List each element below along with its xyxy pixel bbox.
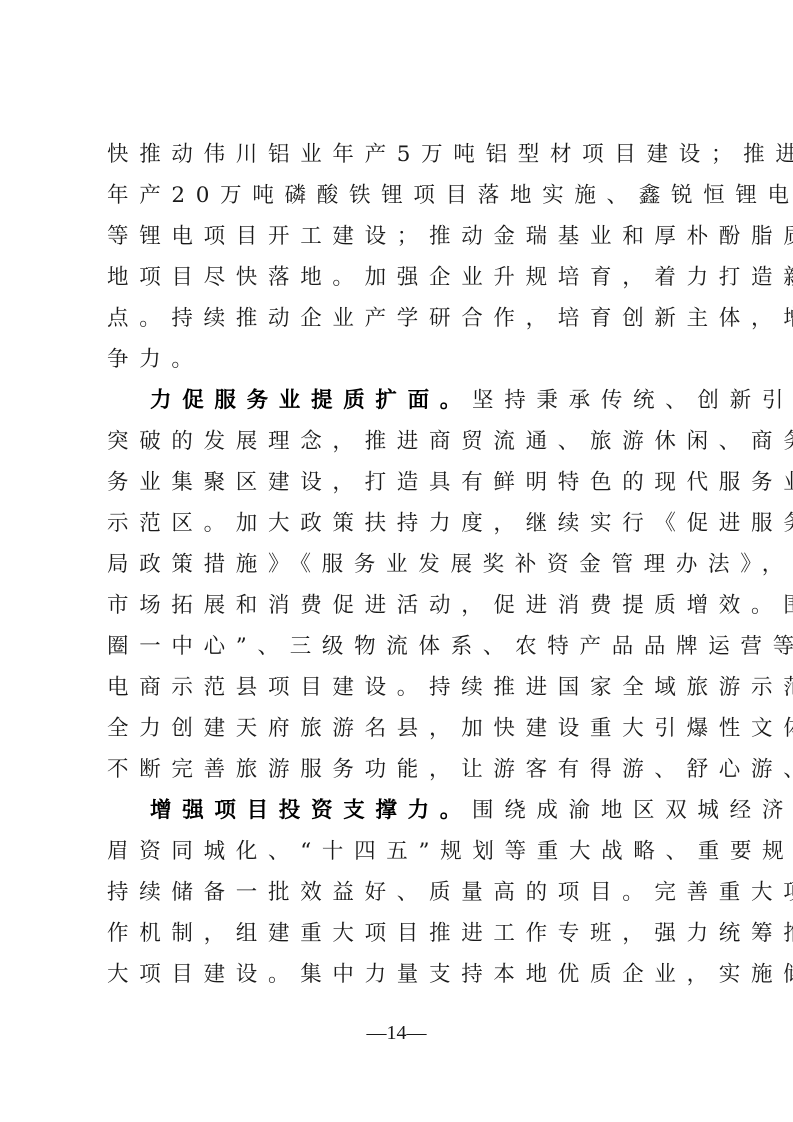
text-line: 眉资同城化、“十四五”规划等重大战略、重要规划、重点投向， bbox=[107, 831, 689, 872]
line-text: 点。持续推动企业产学研合作，培育创新主体，增强企业竞 bbox=[107, 306, 793, 331]
text-line: 务业集聚区建设，打造具有鲜明特色的现代服务业集聚发展 bbox=[107, 462, 689, 503]
line-text: 全力创建天府旅游名县，加快建设重大引爆性文体旅项目， bbox=[107, 716, 793, 741]
line-text: 市场拓展和消费促进活动，促进消费提质增效。围绕“一仓一 bbox=[107, 593, 793, 618]
text-line: 突破的发展理念，推进商贸流通、旅游休闲、商务服务等服 bbox=[107, 421, 689, 462]
text-line: 地项目尽快落地。加强企业升规培育，着力打造新经济增长 bbox=[107, 257, 689, 298]
text-line: 全力创建天府旅游名县，加快建设重大引爆性文体旅项目， bbox=[107, 708, 689, 749]
line-text: 不断完善旅游服务功能，让游客有得游、舒心游、方便游。 bbox=[107, 757, 793, 782]
line-text: 等锂电项目开工建设；推动金瑞基业和厚朴酚脂质体生产基 bbox=[107, 224, 793, 249]
text-line: 不断完善旅游服务功能，让游客有得游、舒心游、方便游。 bbox=[107, 749, 689, 790]
line-text: 作机制，组建重大项目推进工作专班，强力统筹推进全市重 bbox=[107, 921, 793, 946]
line-text: 圈一中心”、三级物流体系、农特产品品牌运营等，全面推进 bbox=[107, 634, 793, 659]
text-line: 作机制，组建重大项目推进工作专班，强力统筹推进全市重 bbox=[107, 913, 689, 954]
text-line: 点。持续推动企业产学研合作，培育创新主体，增强企业竞 bbox=[107, 298, 689, 339]
text-line: 市场拓展和消费促进活动，促进消费提质增效。围绕“一仓一 bbox=[107, 585, 689, 626]
section-heading-services: 力促服务业提质扩面。 bbox=[150, 388, 472, 413]
text-line: 争力。 bbox=[107, 339, 689, 380]
line-text: 年产20万吨磷酸铁锂项目落地实施、鑫锐恒锂电池正极材料 bbox=[107, 183, 793, 208]
line-text: 持续储备一批效益好、质量高的项目。完善重大项目推进工 bbox=[107, 880, 793, 905]
section-heading-investment: 增强项目投资支撑力。 bbox=[150, 798, 472, 823]
text-line: 大项目建设。集中力量支持本地优质企业，实施储备一批技 bbox=[107, 954, 689, 995]
body-text: 快推动伟川铝业年产5万吨铝型材项目建设；推进川发龙蟒 年产20万吨磷酸铁锂项目落… bbox=[107, 134, 689, 995]
section-heading-line: 增强项目投资支撑力。围绕成渝地区双城经济圈、成德 bbox=[107, 790, 689, 831]
text-line: 持续储备一批效益好、质量高的项目。完善重大项目推进工 bbox=[107, 872, 689, 913]
line-text: 务业集聚区建设，打造具有鲜明特色的现代服务业集聚发展 bbox=[107, 470, 793, 495]
text-line: 快推动伟川铝业年产5万吨铝型材项目建设；推进川发龙蟒 bbox=[107, 134, 689, 175]
line-text: 眉资同城化、“十四五”规划等重大战略、重要规划、重点投向， bbox=[107, 839, 793, 864]
line-text: 地项目尽快落地。加强企业升规培育，着力打造新经济增长 bbox=[107, 265, 793, 290]
page-number: —14— bbox=[0, 1022, 793, 1045]
line-text: 争力。 bbox=[107, 347, 204, 372]
line-text: 围绕成渝地区双城经济圈、成德 bbox=[472, 798, 793, 823]
line-text: 示范区。加大政策扶持力度，继续实行《促进服务业良好开 bbox=[107, 511, 793, 536]
document-page: 快推动伟川铝业年产5万吨铝型材项目建设；推进川发龙蟒 年产20万吨磷酸铁锂项目落… bbox=[0, 0, 793, 1122]
line-text: 电商示范县项目建设。持续推进国家全域旅游示范区建设， bbox=[107, 675, 793, 700]
line-text: 快推动伟川铝业年产5万吨铝型材项目建设；推进川发龙蟒 bbox=[107, 142, 793, 167]
text-line: 示范区。加大政策扶持力度，继续实行《促进服务业良好开 bbox=[107, 503, 689, 544]
line-text: 大项目建设。集中力量支持本地优质企业，实施储备一批技 bbox=[107, 962, 793, 987]
line-text: 坚持秉承传统、创新引领、文旅 bbox=[472, 388, 793, 413]
line-text: 突破的发展理念，推进商贸流通、旅游休闲、商务服务等服 bbox=[107, 429, 793, 454]
text-line: 圈一中心”、三级物流体系、农特产品品牌运营等，全面推进 bbox=[107, 626, 689, 667]
text-line: 电商示范县项目建设。持续推进国家全域旅游示范区建设， bbox=[107, 667, 689, 708]
text-line: 等锂电项目开工建设；推动金瑞基业和厚朴酚脂质体生产基 bbox=[107, 216, 689, 257]
text-line: 年产20万吨磷酸铁锂项目落地实施、鑫锐恒锂电池正极材料 bbox=[107, 175, 689, 216]
section-heading-line: 力促服务业提质扩面。坚持秉承传统、创新引领、文旅 bbox=[107, 380, 689, 421]
text-line: 局政策措施》《服务业发展奖补资金管理办法》，大力开展 bbox=[107, 544, 689, 585]
line-text: 局政策措施》《服务业发展奖补资金管理办法》，大力开展 bbox=[107, 552, 793, 577]
